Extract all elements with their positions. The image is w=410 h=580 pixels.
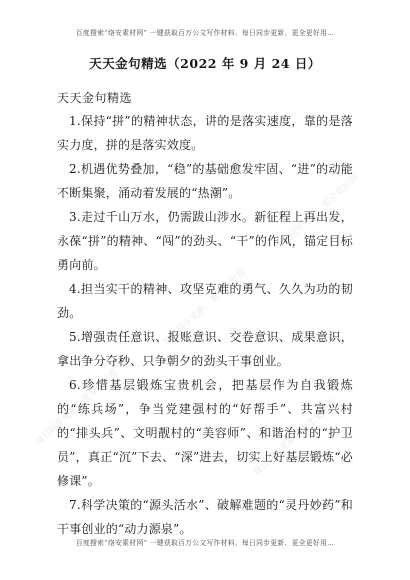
footer-promo-note: 百度搜索“络安素材网” 一键获取百万公文写作材料、每日同步更新、更全更好用… <box>0 537 410 547</box>
document-page: 百度搜索“络安素材网” 一键获取百万公文写作材料、每日同步更新、更全更好用… 每… <box>0 0 410 580</box>
paragraph-1: 1.保持“拼”的精神状态，讲的是落实速度，靠的是落实力度，拼的是落实效度。 <box>57 109 353 157</box>
paragraph-5: 5.增强责任意识、报账意识、交卷意识、成果意识，拿出争分夺秒、只争朝夕的劲头干事… <box>57 325 353 373</box>
header-promo-note: 百度搜索“络安素材网” 一键获取百万公文写作材料、每日同步更新、更全更好用… <box>0 27 410 37</box>
document-subtitle: 天天金句精选 <box>57 89 132 106</box>
paragraph-6: 6.珍惜基层锻炼宝贵机会，把基层作为自我锻炼的“练兵场”，争当党建强村的“好帮手… <box>57 373 353 493</box>
document-title: 天天金句精选（2022 年 9 月 24 日） <box>0 54 410 72</box>
paragraph-2: 2.机遇优势叠加，“稳”的基础愈发牢固、“进”的动能不断集聚，涌动着发展的“热潮… <box>57 157 353 205</box>
document-body: 1.保持“拼”的精神状态，讲的是落实速度，靠的是落实力度，拼的是落实效度。 2.… <box>57 109 353 541</box>
paragraph-7: 7.科学决策的“源头活水”、破解难题的“灵丹妙药”和干事创业的“动力源泉”。 <box>57 493 353 541</box>
paragraph-3: 3.走过千山万水，仍需跋山涉水。新征程上再出发，永葆“拼”的精神、“闯”的劲头、… <box>57 205 353 277</box>
paragraph-4: 4.担当实干的精神、攻坚克难的勇气、久久为功的韧劲。 <box>57 277 353 325</box>
